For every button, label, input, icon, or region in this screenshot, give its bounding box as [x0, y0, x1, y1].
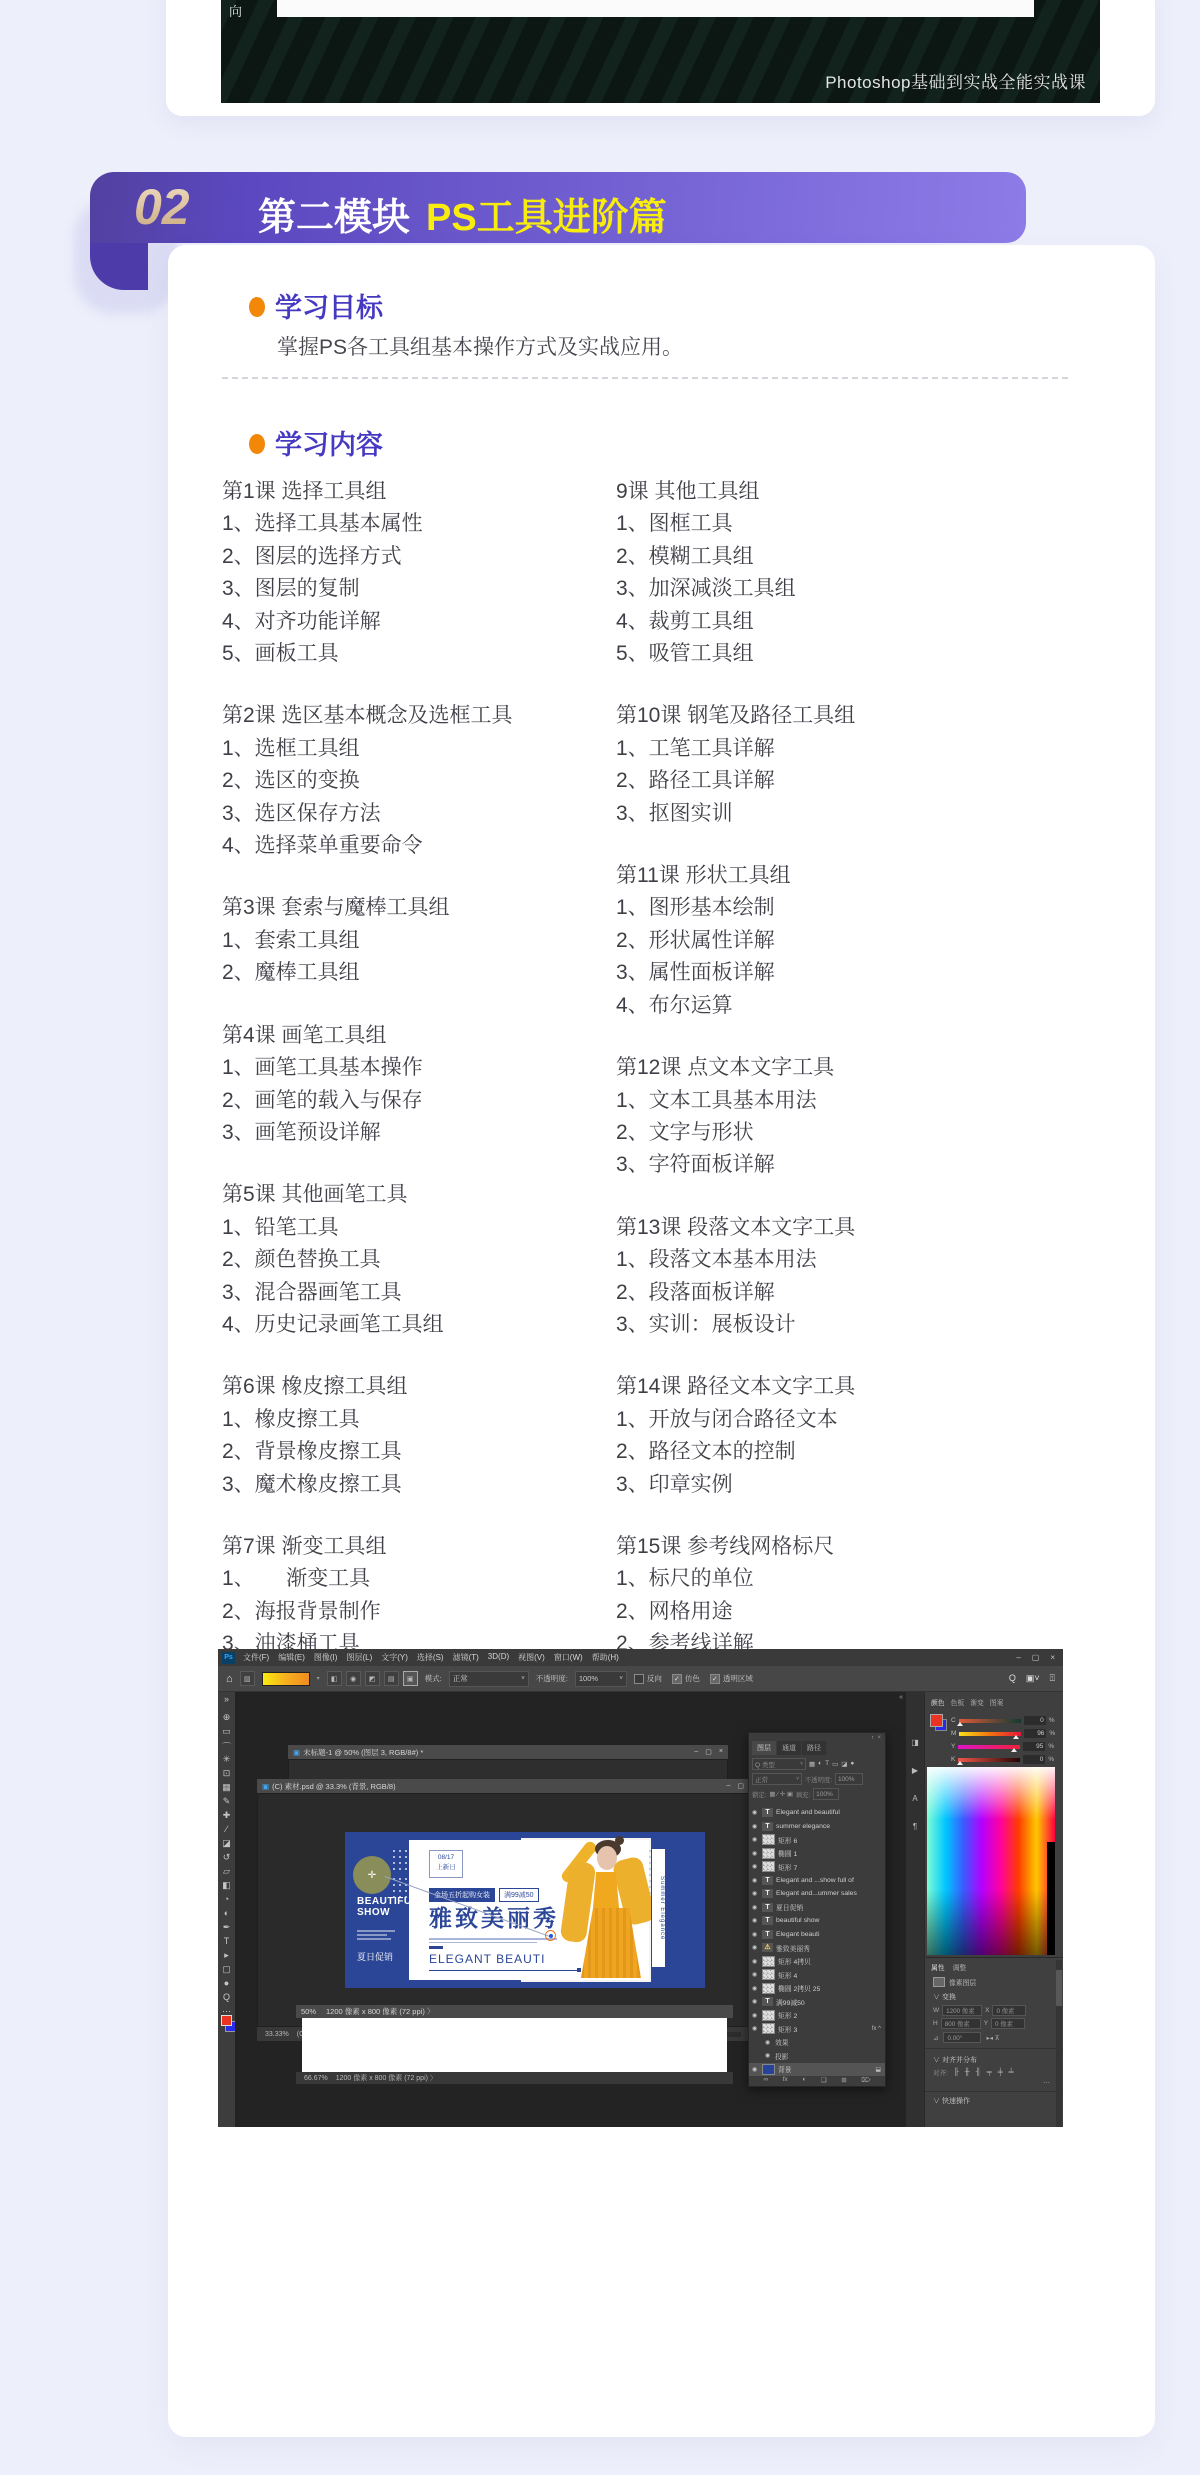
- banner-underline-dot: [577, 1968, 581, 1972]
- layer-filter-icons: ▦◐T▭◪●: [809, 1760, 854, 1768]
- gradient-type-button[interactable]: ◩: [365, 1671, 380, 1686]
- color-slider[interactable]: C0%: [951, 1716, 1054, 1725]
- layer-row[interactable]: ◉背景⬓: [749, 2063, 885, 2077]
- doc2-controls[interactable]: –▢: [726, 1782, 744, 1790]
- eyedropper-icon[interactable]: ✎: [218, 1796, 235, 1807]
- lesson-block: 第4课 画笔工具组1、画笔工具基本操作2、画笔的载入与保存3、画笔预设详解: [222, 1020, 616, 1150]
- layer-filter-icon[interactable]: ▦: [809, 1760, 815, 1768]
- eye-icon[interactable]: ◉: [765, 2052, 772, 2059]
- layer-name: 矩形 7: [778, 1862, 797, 1872]
- ps-logo-icon: Ps: [222, 1652, 235, 1664]
- layer-name: 投影: [775, 2051, 789, 2061]
- lesson-item: 5、画板工具: [222, 638, 616, 670]
- lesson-title: 第14课 路径文本文字工具: [616, 1371, 1082, 1403]
- lesson-item: 2、网格用途: [616, 1596, 1082, 1628]
- layer-row[interactable]: ◉椭圆 1: [749, 1847, 885, 1861]
- menu-item[interactable]: 窗口(W): [554, 1652, 583, 1663]
- eye-icon[interactable]: ◉: [752, 1850, 759, 1857]
- dock-strip-icon[interactable]: A: [906, 1794, 924, 1803]
- pixel-layer-icon: [933, 1977, 945, 1987]
- layers-panel: ⠆ × 图层通道路径 Q 类型˅ ▦◐T▭◪● 正常˅ 不透明度: 100% 锁…: [748, 1732, 886, 2087]
- background-layer-thumb: [762, 2064, 775, 2075]
- channel-value[interactable]: 0: [1024, 1716, 1046, 1725]
- layer-row[interactable]: ◉TElegant and ...show full of: [749, 1874, 885, 1888]
- path-anchor-dot: [549, 1934, 553, 1938]
- align-icon[interactable]: ╪: [998, 2069, 1003, 2076]
- layer-name: 夏日促销: [776, 1902, 803, 1912]
- ps-options-bar: ⌂ ▨ ▾ ◧◉◩▤▣ 模式: 正常˅ 不透明度: 100%˅ 反向✓仿色✓透明…: [218, 1666, 1063, 1692]
- color-slider[interactable]: K0%: [951, 1755, 1054, 1764]
- layer-row[interactable]: ◉TElegant and beautiful: [749, 1806, 885, 1820]
- ps-window-controls: –▢×: [1016, 1653, 1055, 1662]
- fx-badge[interactable]: fx ^: [872, 2026, 881, 2032]
- quick-actions-label: ∨ 快速操作: [925, 2091, 1063, 2106]
- lesson-item: 5、吸管工具组: [616, 638, 1082, 670]
- channel-label: K: [951, 1756, 955, 1763]
- lesson-item: 4、历史记录画笔工具组: [222, 1309, 616, 1341]
- menu-item[interactable]: 滤镜(T): [453, 1652, 479, 1663]
- lesson-item: 2、图层的选择方式: [222, 541, 616, 573]
- home-icon[interactable]: ⌂: [226, 1673, 233, 1685]
- text-layer-icon: T: [762, 1916, 773, 1925]
- text-layer-icon: T: [762, 1808, 773, 1817]
- panel-collapse-icon[interactable]: «: [899, 1694, 903, 1701]
- shape-layer-thumb: [762, 1983, 775, 1994]
- gradient-preview-swatch[interactable]: [262, 1672, 310, 1686]
- path-select-icon[interactable]: ▸: [218, 1950, 235, 1961]
- doc1-title: 未标题-1 @ 50% (图层 3, RGB/8#) *: [303, 1747, 423, 1758]
- ps-toolbar: » ⊕▭⌒✳⊡▦✎✚∕◪↺▱◧◔◐✒T▸▢●Q⋯: [218, 1692, 236, 2127]
- eye-icon[interactable]: ◉: [752, 2025, 759, 2032]
- lesson-item: 3、印章实例: [616, 1469, 1082, 1501]
- option-checkbox[interactable]: 反向: [634, 1673, 662, 1684]
- eye-icon[interactable]: ◉: [752, 1823, 759, 1830]
- color-panel-tabs: 颜色色板渐变图案: [925, 1692, 1063, 1707]
- lesson-block: 第15课 参考线网格标尺1、标尺的单位2、网格用途2、参考线详解: [616, 1531, 1082, 1661]
- layer-row[interactable]: ◉矩形 4: [749, 1968, 885, 1982]
- stamp-tool-icon[interactable]: ◪: [218, 1838, 235, 1849]
- lesson-title: 第3课 套索与魔棒工具组: [222, 892, 616, 924]
- align-icon[interactable]: ╤: [987, 2069, 992, 2076]
- menu-item[interactable]: 选择(S): [417, 1652, 444, 1663]
- eye-icon[interactable]: ◉: [752, 1958, 759, 1965]
- lesson-title: 第7课 渐变工具组: [222, 1531, 616, 1563]
- lesson-block: 第1课 选择工具组1、选择工具基本属性2、图层的选择方式3、图层的复制4、对齐功…: [222, 476, 616, 670]
- layer-row[interactable]: ◉TElegant beauti: [749, 1928, 885, 1942]
- window-control-icon[interactable]: ×: [1050, 1653, 1055, 1662]
- doc3-footer-zoom: 66.67%: [304, 2075, 328, 2082]
- channel-label: C: [951, 1717, 956, 1724]
- lesson-item: 3、字符面板详解: [616, 1149, 1082, 1181]
- layer-name: beautiful show: [776, 1917, 819, 1924]
- doc-window-bottom[interactable]: 50% 1200 像素 x 800 像素 (72 ppi) 〉 66.67% 1…: [296, 2005, 733, 2084]
- dock-strip-icon[interactable]: ▶: [906, 1766, 924, 1775]
- lasso-tool-icon[interactable]: ⌒: [218, 1740, 235, 1753]
- lesson-item: 2、背景橡皮擦工具: [222, 1436, 616, 1468]
- content-bullet-icon: [249, 434, 265, 454]
- properties-tabs: 属性调整: [925, 1958, 1063, 1972]
- gradient-type-button[interactable]: ▣: [403, 1671, 418, 1686]
- dock-strip-icon[interactable]: ¶: [906, 1822, 924, 1831]
- lesson-item: 2、海报背景制作: [222, 1596, 616, 1628]
- flip-icons[interactable]: ▸◂ ⊼: [986, 2034, 999, 2042]
- opacity-select[interactable]: 100%˅: [575, 1671, 627, 1687]
- lesson-item: 3、属性面板详解: [616, 957, 1082, 989]
- banner-divider: [429, 1946, 443, 1949]
- gradient-type-button[interactable]: ◧: [327, 1671, 342, 1686]
- align-icon[interactable]: ╫: [965, 2069, 970, 2076]
- banner-sub-en: ELEGANT BEAUTI: [429, 1952, 545, 1966]
- chevron-down-icon[interactable]: ▾: [317, 1675, 320, 1682]
- lesson-item: 3、混合器画笔工具: [222, 1277, 616, 1309]
- properties-panel: 属性调整 像素图层 ∨ 变换 W1200 像素 X0 像素 H800 像素 Y0…: [925, 1957, 1063, 2127]
- eye-icon[interactable]: ◉: [752, 1836, 759, 1843]
- magic-wand-icon[interactable]: ✳: [218, 1754, 235, 1765]
- layer-row[interactable]: ◉T满99减50: [749, 1995, 885, 2009]
- eye-icon[interactable]: ◉: [752, 1904, 759, 1911]
- eye-icon[interactable]: ◉: [752, 1809, 759, 1816]
- text-layer-icon: T: [762, 1930, 773, 1939]
- lesson-item: 4、选择菜单重要命令: [222, 830, 616, 862]
- lesson-title: 第2课 选区基本概念及选框工具: [222, 700, 616, 732]
- dodge-tool-icon[interactable]: ◐: [218, 1908, 235, 1918]
- pen-tool-icon[interactable]: ✒: [218, 1922, 235, 1933]
- properties-tab[interactable]: 属性: [931, 1962, 945, 1972]
- layer-filter-icon[interactable]: ●: [850, 1760, 854, 1768]
- doc3-info: 1200 像素 x 800 像素 (72 ppi) 〉: [326, 2006, 434, 2017]
- type-tool-icon[interactable]: T: [218, 1936, 235, 1946]
- option-checkbox[interactable]: ✓透明区域: [710, 1673, 753, 1684]
- layers-action-icon[interactable]: ∞: [764, 2076, 769, 2084]
- transform-w-field[interactable]: 1200 像素: [942, 2005, 982, 2016]
- option-checkboxes: 反向✓仿色✓透明区域: [634, 1673, 753, 1684]
- channel-value[interactable]: 96: [1024, 1729, 1046, 1738]
- eraser-tool-icon[interactable]: ▱: [218, 1866, 235, 1877]
- layer-row[interactable]: ◉T夏日促销: [749, 1901, 885, 1915]
- align-icon[interactable]: ╧: [1009, 2069, 1014, 2076]
- transform-h-field[interactable]: 800 像素: [941, 2018, 981, 2029]
- lesson-block: 第11课 形状工具组1、图形基本绘制2、形状属性详解3、属性面板详解4、布尔运算: [616, 860, 1082, 1022]
- layers-tab[interactable]: 通道: [777, 1741, 801, 1755]
- lesson-title: 第1课 选择工具组: [222, 476, 616, 508]
- lesson-item: 2、段落面板详解: [616, 1277, 1082, 1309]
- layer-row[interactable]: ◉矩形 6: [749, 1833, 885, 1847]
- gradient-tool-icon[interactable]: ◧: [218, 1880, 235, 1891]
- lesson-title: 第10课 钢笔及路径工具组: [616, 700, 1082, 732]
- eye-icon[interactable]: ◉: [752, 2066, 759, 2073]
- eye-icon[interactable]: ◉: [752, 1931, 759, 1938]
- foreground-color-swatch[interactable]: [221, 2015, 232, 2026]
- color-panel-tab[interactable]: 渐变: [970, 1697, 984, 1707]
- layer-row[interactable]: ◉Tsummer elegance: [749, 1820, 885, 1834]
- lesson-item: 2、形状属性详解: [616, 925, 1082, 957]
- layer-row[interactable]: ◉椭圆 2拷贝 25: [749, 1982, 885, 1996]
- banner-vertical-label: Summer Elegance: [651, 1848, 666, 1968]
- color-panel-tab[interactable]: 图案: [990, 1697, 1004, 1707]
- layer-row[interactable]: ◉矩形 7: [749, 1860, 885, 1874]
- layer-name: Elegant beauti: [776, 1931, 819, 1938]
- module-title: 第二模块: [258, 186, 410, 241]
- tool-preset-icon[interactable]: ▨: [240, 1671, 255, 1686]
- mode-select[interactable]: 正常˅: [449, 1671, 529, 1687]
- eye-icon[interactable]: ◉: [752, 1877, 759, 1884]
- lesson-item: 2、魔棒工具组: [222, 957, 616, 989]
- cover-caption: Photoshop基础到实战全能实战课: [825, 68, 1086, 93]
- color-panel-tab[interactable]: 颜色: [931, 1697, 945, 1707]
- healing-icon[interactable]: ✚: [218, 1810, 235, 1821]
- shape-layer-thumb: [762, 2010, 775, 2021]
- channel-value[interactable]: 0: [1023, 1755, 1045, 1764]
- eye-icon[interactable]: ◉: [765, 2039, 772, 2046]
- layer-filter-select[interactable]: Q 类型˅: [752, 1758, 806, 1770]
- unit-label: %: [1049, 1717, 1055, 1724]
- doc3-zoom: 50%: [301, 2007, 316, 2016]
- lesson-block: 第13课 段落文本文字工具1、段落文本基本用法2、段落面板详解3、实训：展板设计: [616, 1212, 1082, 1342]
- ps-menubar: Ps 文件(F)编辑(E)图像(I)图层(L)文字(Y)选择(S)滤镜(T)3D…: [218, 1649, 1063, 1666]
- lesson-item: 1、文本工具基本用法: [616, 1085, 1082, 1117]
- eye-icon[interactable]: ◉: [752, 1863, 759, 1870]
- menu-item[interactable]: 3D(D): [488, 1652, 509, 1663]
- lesson-block: 第14课 路径文本文字工具1、开放与闭合路径文本2、路径文本的控制3、印章实例: [616, 1371, 1082, 1501]
- layer-name: 背景: [778, 2064, 792, 2074]
- course-cover-image: 向 Photoshop基础到实战全能实战课: [221, 0, 1100, 103]
- color-panel-tab[interactable]: 色板: [951, 1697, 965, 1707]
- option-checkbox[interactable]: ✓仿色: [672, 1673, 700, 1684]
- layers-opacity-value[interactable]: 100%: [835, 1773, 863, 1785]
- eye-icon[interactable]: ◉: [752, 1971, 759, 1978]
- layers-opacity-label: 不透明度:: [805, 1775, 832, 1784]
- lesson-title: 第6课 橡皮擦工具组: [222, 1371, 616, 1403]
- layer-filter-icon[interactable]: ▭: [832, 1760, 838, 1768]
- eye-icon[interactable]: ◉: [752, 1944, 759, 1951]
- opacity-label: 不透明度:: [536, 1673, 568, 1684]
- blur-tool-icon[interactable]: ◔: [218, 1894, 235, 1904]
- layers-bottom-icons: ∞fx◐❑⊞⌦: [749, 2076, 885, 2084]
- lesson-item: 3、魔术橡皮擦工具: [222, 1469, 616, 1501]
- menu-item[interactable]: 编辑(E): [278, 1652, 305, 1663]
- model-hair-bun: [615, 1836, 624, 1845]
- toolbar-collapse-icon[interactable]: »: [218, 1694, 235, 1704]
- zoom-tool-icon[interactable]: Q: [218, 1992, 235, 2002]
- top-image-card: 向 Photoshop基础到实战全能实战课: [166, 0, 1155, 116]
- layers-tab[interactable]: 路径: [802, 1741, 826, 1755]
- fill-value[interactable]: 100%: [813, 1788, 839, 1800]
- lesson-item: 1、开放与闭合路径文本: [616, 1404, 1082, 1436]
- mode-label: 模式:: [425, 1673, 442, 1684]
- more-icon[interactable]: ⋯: [925, 2077, 1063, 2087]
- lesson-item: 3、画笔预设详解: [222, 1117, 616, 1149]
- layer-filter-icon[interactable]: ◪: [841, 1760, 847, 1768]
- frame-tool-icon[interactable]: ▦: [218, 1782, 235, 1793]
- shape-layer-thumb: [762, 1834, 775, 1845]
- menu-item[interactable]: 图层(L): [346, 1652, 372, 1663]
- layer-filter-icon[interactable]: ◐: [818, 1760, 822, 1768]
- doc2-title: (C) 素材.psd @ 33.3% (背景, RGB/8): [272, 1781, 395, 1792]
- align-sub-label: 对齐:: [933, 2068, 948, 2077]
- crop-tool-icon[interactable]: ⊡: [218, 1768, 235, 1779]
- marquee-tool-icon[interactable]: ▭: [218, 1726, 235, 1737]
- olive-circle: ✛: [353, 1856, 391, 1894]
- cover-side-char: 向: [229, 1, 242, 20]
- color-slider[interactable]: M96%: [951, 1729, 1055, 1738]
- doc3-footer-info: 1200 像素 x 800 像素 (72 ppi) 〉: [336, 2073, 437, 2083]
- module-header: 02 第二模块 PS工具进阶篇: [90, 172, 1026, 243]
- history-brush-icon[interactable]: ↺: [218, 1852, 235, 1863]
- menu-item[interactable]: 视图(V): [518, 1652, 545, 1663]
- layers-tabs: 图层通道路径: [749, 1742, 885, 1755]
- lesson-item: 1、工笔工具详解: [616, 733, 1082, 765]
- layers-action-icon[interactable]: ❑: [821, 2076, 827, 2084]
- gradient-type-button[interactable]: ◉: [346, 1671, 361, 1686]
- layer-name: 满99减50: [776, 1997, 805, 2007]
- shape-layer-thumb: [762, 2023, 775, 2034]
- eye-icon[interactable]: ◉: [752, 2012, 759, 2019]
- channel-label: M: [951, 1730, 956, 1737]
- right-dock: 颜色色板渐变图案 属性调整 像素图层 ∨ 变换 W1200 像素 X0 像素 H…: [924, 1692, 1063, 2127]
- layer-name: 矩形 4拷贝: [778, 1956, 811, 1966]
- layer-row[interactable]: ◉⚠雅致美丽秀: [749, 1941, 885, 1955]
- eye-icon[interactable]: ◉: [752, 1985, 759, 1992]
- layers-action-icon[interactable]: fx: [783, 2076, 788, 2084]
- transform-x-field[interactable]: 0 像素: [992, 2005, 1026, 2016]
- section-divider: [222, 377, 1068, 379]
- window-control-icon[interactable]: –: [1016, 1653, 1020, 1662]
- menu-item[interactable]: 图像(I): [314, 1652, 338, 1663]
- fill-label: 填充:: [796, 1790, 810, 1799]
- lesson-block: 9课 其他工具组1、图框工具2、模糊工具组3、加深减淡工具组4、裁剪工具组5、吸…: [616, 476, 1082, 670]
- gradient-type-buttons: ◧◉◩▤▣: [327, 1671, 418, 1686]
- goal-bullet-icon: [249, 297, 265, 317]
- color-spectrum-field[interactable]: [927, 1767, 1055, 1955]
- lesson-title: 第15课 参考线网格标尺: [616, 1531, 1082, 1563]
- doc1-controls[interactable]: –▢×: [694, 1748, 723, 1756]
- align-icon[interactable]: ╢: [976, 2069, 981, 2076]
- menu-item[interactable]: 文件(F): [243, 1652, 269, 1663]
- lesson-item: 1、选框工具组: [222, 733, 616, 765]
- lesson-item: 2、颜色替换工具: [222, 1244, 616, 1276]
- lesson-item: 1、套索工具组: [222, 925, 616, 957]
- lesson-item: 3、实训：展板设计: [616, 1309, 1082, 1341]
- window-control-icon[interactable]: ▢: [1032, 1653, 1040, 1662]
- text-layer-icon: T: [762, 1889, 773, 1898]
- eye-icon[interactable]: ◉: [752, 1890, 759, 1897]
- lesson-title: 9课 其他工具组: [616, 476, 1082, 508]
- shape-layer-thumb: [762, 1969, 775, 1980]
- text-layer-icon: T: [762, 1997, 773, 2006]
- options-right-icon[interactable]: ⍐: [1050, 1673, 1055, 1684]
- lesson-item: 2、选区的变换: [222, 765, 616, 797]
- layer-row[interactable]: ◉投影: [749, 2049, 885, 2063]
- lock-icons[interactable]: ▦ ∕ ✛ ▣: [769, 1791, 792, 1798]
- layer-filter-icon[interactable]: T: [825, 1760, 829, 1768]
- move-cursor-icon: ✛: [368, 1870, 376, 1881]
- layer-row[interactable]: ◉TElegant and...ummer sales: [749, 1887, 885, 1901]
- module-number: 02: [134, 178, 190, 236]
- panel-icon-strip: ◨▶A¶: [906, 1692, 924, 2127]
- properties-tab[interactable]: 调整: [953, 1962, 967, 1972]
- shape-layer-thumb: [762, 1956, 775, 1967]
- brush-tool-icon[interactable]: ∕: [218, 1824, 235, 1834]
- unit-label: %: [1048, 1756, 1054, 1763]
- banner-fineprint: [429, 1936, 559, 1945]
- unit-label: %: [1049, 1730, 1055, 1737]
- eye-icon[interactable]: ◉: [752, 1998, 759, 2005]
- banner-left-sub: 夏日促销: [357, 1950, 393, 1963]
- doc-window-untitled[interactable]: ▣未标题-1 @ 50% (图层 3, RGB/8#) * –▢×: [288, 1745, 728, 1781]
- lesson-block: 第2课 选区基本概念及选框工具1、选框工具组2、选区的变换3、选区保存方法4、选…: [222, 700, 616, 862]
- lesson-item: 1、 渐变工具: [222, 1563, 616, 1595]
- options-right-icon[interactable]: Q: [1009, 1673, 1016, 1684]
- banner-date-box: 08/17上新日: [429, 1850, 463, 1878]
- lesson-item: 2、路径工具详解: [616, 765, 1082, 797]
- layer-row[interactable]: ◉Tbeautiful show: [749, 1914, 885, 1928]
- color-slider[interactable]: Y95%: [951, 1742, 1054, 1751]
- layer-row[interactable]: ◉矩形 2: [749, 2009, 885, 2023]
- warning-layer-icon: ⚠: [762, 1943, 773, 1952]
- options-right-icon[interactable]: ▣˅: [1026, 1673, 1040, 1684]
- lock-icon: ⬓: [875, 2066, 881, 2073]
- lesson-item: 1、图形基本绘制: [616, 892, 1082, 924]
- model-top: [593, 1872, 619, 1908]
- menu-item[interactable]: 文字(Y): [381, 1652, 408, 1663]
- layers-action-icon[interactable]: ◐: [802, 2076, 806, 2084]
- layer-name: 矩形 3: [778, 2024, 797, 2034]
- shape-tool-icon[interactable]: ▢: [218, 1964, 235, 1975]
- unit-label: %: [1048, 1743, 1054, 1750]
- lesson-title: 第13课 段落文本文字工具: [616, 1212, 1082, 1244]
- lesson-item: 1、画笔工具基本操作: [222, 1052, 616, 1084]
- gradient-type-button[interactable]: ▤: [384, 1671, 399, 1686]
- move-tool-icon[interactable]: ⊕: [218, 1712, 235, 1723]
- lesson-item: 2、文字与形状: [616, 1117, 1082, 1149]
- lesson-item: 1、选择工具基本属性: [222, 508, 616, 540]
- layer-name: 矩形 6: [778, 1835, 797, 1845]
- lesson-item: 3、加深减淡工具组: [616, 573, 1082, 605]
- dock-scrollbar-thumb[interactable]: [1056, 1970, 1062, 2006]
- eye-icon[interactable]: ◉: [752, 1917, 759, 1924]
- lesson-title: 第12课 点文本文字工具: [616, 1052, 1082, 1084]
- photoshop-screenshot: Ps 文件(F)编辑(E)图像(I)图层(L)文字(Y)选择(S)滤镜(T)3D…: [218, 1649, 1063, 2127]
- layers-action-icon[interactable]: ⌦: [861, 2076, 870, 2084]
- layer-name: Elegant and...ummer sales: [776, 1890, 857, 1897]
- lesson-item: 1、标尺的单位: [616, 1563, 1082, 1595]
- align-icon[interactable]: ╟: [954, 2069, 959, 2076]
- layers-tab[interactable]: 图层: [752, 1741, 776, 1755]
- layers-action-icon[interactable]: ⊞: [841, 2076, 846, 2084]
- lesson-item: 1、铅笔工具: [222, 1212, 616, 1244]
- lesson-item: 2、画笔的载入与保存: [222, 1085, 616, 1117]
- hand-tool-icon[interactable]: ●: [218, 1978, 235, 1988]
- layer-name: summer elegance: [776, 1823, 830, 1830]
- angle-field[interactable]: 0.00°: [943, 2032, 981, 2043]
- lesson-title: 第11课 形状工具组: [616, 860, 1082, 892]
- lesson-item: 3、选区保存方法: [222, 798, 616, 830]
- model-face: [597, 1846, 617, 1870]
- layer-row[interactable]: ◉效果: [749, 2036, 885, 2050]
- channel-value[interactable]: 95: [1023, 1742, 1045, 1751]
- text-layer-icon: T: [762, 1876, 773, 1885]
- layer-row[interactable]: ◉矩形 3fx ^: [749, 2022, 885, 2036]
- lesson-block: 第10课 钢笔及路径工具组1、工笔工具详解2、路径工具详解3、抠图实训: [616, 700, 1082, 830]
- blend-mode-select[interactable]: 正常˅: [752, 1773, 802, 1785]
- transform-y-field[interactable]: 0 像素: [991, 2018, 1025, 2029]
- layer-name: 椭圆 1: [778, 1848, 797, 1858]
- doc2-zoom: 33.33%: [265, 2031, 289, 2038]
- layer-row[interactable]: ◉矩形 4拷贝: [749, 1955, 885, 1969]
- menu-item[interactable]: 帮助(H): [592, 1652, 619, 1663]
- layer-type-label: 像素图层: [949, 1977, 976, 1987]
- dock-strip-icon[interactable]: ◨: [906, 1738, 924, 1747]
